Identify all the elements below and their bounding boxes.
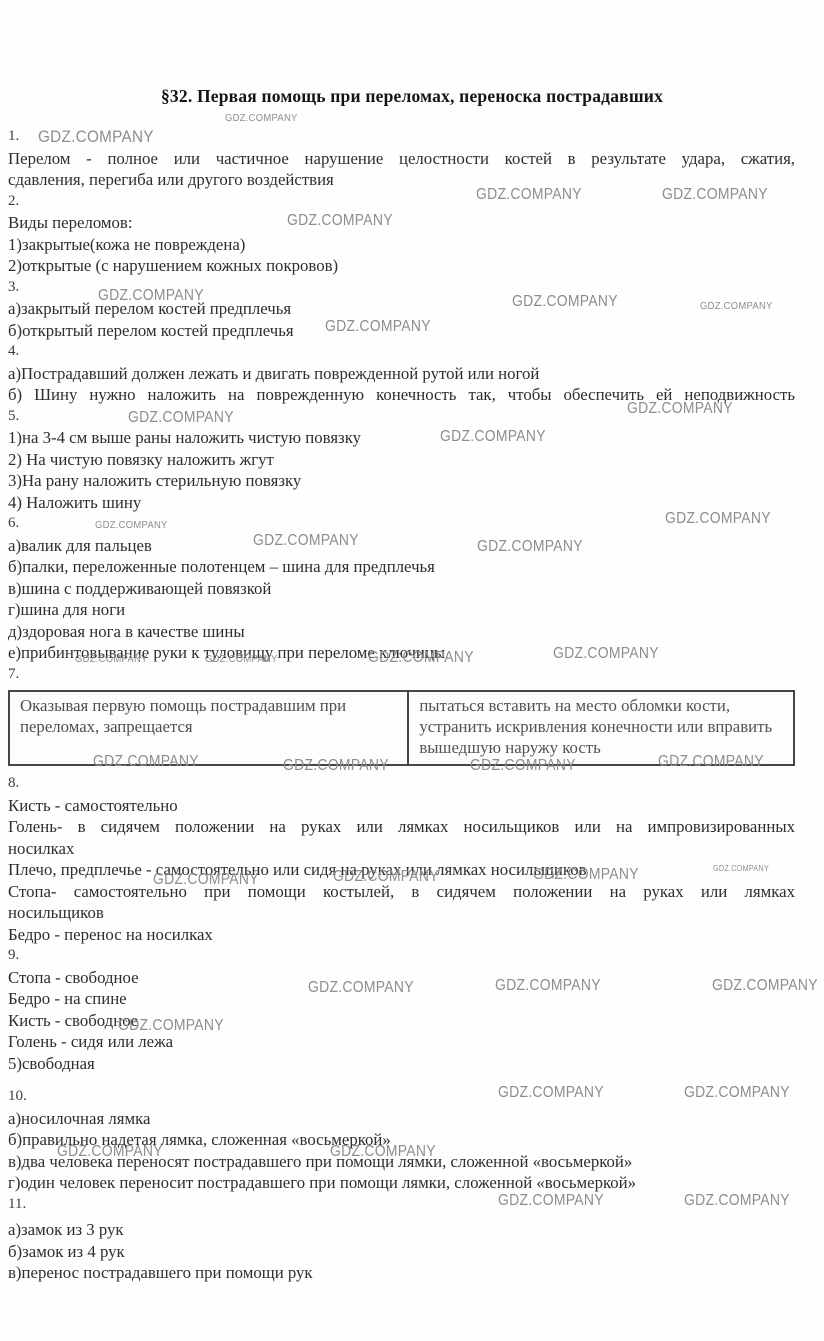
- answer-line: 1)закрытые(кожа не повреждена): [8, 234, 795, 256]
- answer-line: в)шина с поддерживающей повязкой: [8, 578, 795, 600]
- answer-number: 10.: [8, 1086, 795, 1108]
- answer-number: 8.: [8, 773, 795, 795]
- answer-number: 2.: [8, 191, 795, 213]
- answer-line: а)валик для пальцев: [8, 535, 795, 557]
- answer-line: г)один человек переносит пострадавшего п…: [8, 1172, 795, 1194]
- answer-line: Стопа - свободное: [8, 967, 795, 989]
- answer-line: 1)на 3-4 см выше раны наложить чистую по…: [8, 427, 795, 449]
- answer-number: 5.: [8, 406, 795, 428]
- answer-section: 7.Оказывая первую помощь пострадавшим пр…: [8, 664, 795, 767]
- answer-line: в)перенос пострадавшего при помощи рук: [8, 1262, 795, 1284]
- answer-line: Кисть - самостоятельно: [8, 795, 795, 817]
- answer-line: Бедро - на спине: [8, 988, 795, 1010]
- answer-section: 3.а)закрытый перелом костей предплечьяб)…: [8, 277, 795, 342]
- answer-section: 8.Кисть - самостоятельноГолень- в сидяче…: [8, 773, 795, 945]
- answer-number: 11.: [8, 1194, 795, 1216]
- answer-line: а)замок из 3 рук: [8, 1219, 795, 1241]
- answer-line: б)замок из 4 рук: [8, 1241, 795, 1263]
- answer-number: 7.: [8, 664, 795, 686]
- answer-number: 9.: [8, 945, 795, 967]
- answer-line: Перелом - полное или частичное нарушение…: [8, 148, 795, 170]
- answer-line: г)шина для ноги: [8, 599, 795, 621]
- forbidden-actions-table: Оказывая первую помощь пострадавшим при …: [8, 690, 795, 766]
- answer-line: Виды переломов:: [8, 212, 795, 234]
- answer-line: Кисть - свободное: [8, 1010, 795, 1032]
- page-title: §32. Первая помощь при переломах, перено…: [0, 0, 824, 107]
- answer-line: 4) Наложить шину: [8, 492, 795, 514]
- answer-line: Бедро - перенос на носилках: [8, 924, 795, 946]
- answers-list: 1.Перелом - полное или частичное нарушен…: [0, 107, 824, 1284]
- page: §32. Первая помощь при переломах, перено…: [0, 0, 824, 1341]
- answer-line: носилках: [8, 838, 795, 860]
- answer-line: Плечо, предплечье - самостоятельно или с…: [8, 859, 795, 881]
- answer-number: 3.: [8, 277, 795, 299]
- answer-line: а)Пострадавший должен лежать и двигать п…: [8, 363, 795, 385]
- answer-section: 1.Перелом - полное или частичное нарушен…: [8, 126, 795, 191]
- answer-section: 2.Виды переломов:1)закрытые(кожа не повр…: [8, 191, 795, 277]
- answer-line: 5)свободная: [8, 1053, 795, 1075]
- answer-section: 6.а)валик для пальцевб)палки, переложенн…: [8, 513, 795, 664]
- answer-section: 9.Стопа - свободноеБедро - на спинеКисть…: [8, 945, 795, 1074]
- answer-line: а)носилочная лямка: [8, 1108, 795, 1130]
- answer-number: 4.: [8, 341, 795, 363]
- answer-line: Стопа- самостоятельно при помощи костыле…: [8, 881, 795, 903]
- answer-line: 3)На рану наложить стерильную повязку: [8, 470, 795, 492]
- table-cell-right: пытаться вставить на место обломки кости…: [409, 692, 793, 764]
- answer-line: сдавления, перегиба или другого воздейст…: [8, 169, 795, 191]
- answer-section: 11.а)замок из 3 рукб)замок из 4 рукв)пер…: [8, 1194, 795, 1284]
- answer-line: 2) На чистую повязку наложить жгут: [8, 449, 795, 471]
- answer-line: в)два человека переносят пострадавшего п…: [8, 1151, 795, 1173]
- answer-line: е)прибинтовывание руки к туловищу при пе…: [8, 642, 795, 664]
- table-cell-left: Оказывая первую помощь пострадавшим при …: [10, 692, 409, 764]
- answer-line: носильщиков: [8, 902, 795, 924]
- answer-line: д)здоровая нога в качестве шины: [8, 621, 795, 643]
- answer-section: 5.1)на 3-4 см выше раны наложить чистую …: [8, 406, 795, 514]
- answer-line: а)закрытый перелом костей предплечья: [8, 298, 795, 320]
- answer-number: 6.: [8, 513, 795, 535]
- answer-line: Голень- в сидячем положении на руках или…: [8, 816, 795, 838]
- answer-section: 4.а)Пострадавший должен лежать и двигать…: [8, 341, 795, 406]
- answer-line: б)правильно надетая лямка, сложенная «во…: [8, 1129, 795, 1151]
- answer-section: 10.а)носилочная лямкаб)правильно надетая…: [8, 1086, 795, 1194]
- answer-line: б) Шину нужно наложить на поврежденную к…: [8, 384, 795, 406]
- answer-number: 1.: [8, 126, 795, 148]
- answer-line: 2)открытые (с нарушением кожных покровов…: [8, 255, 795, 277]
- answer-line: Голень - сидя или лежа: [8, 1031, 795, 1053]
- answer-line: б)палки, переложенные полотенцем – шина …: [8, 556, 795, 578]
- answer-line: б)открытый перелом костей предплечья: [8, 320, 795, 342]
